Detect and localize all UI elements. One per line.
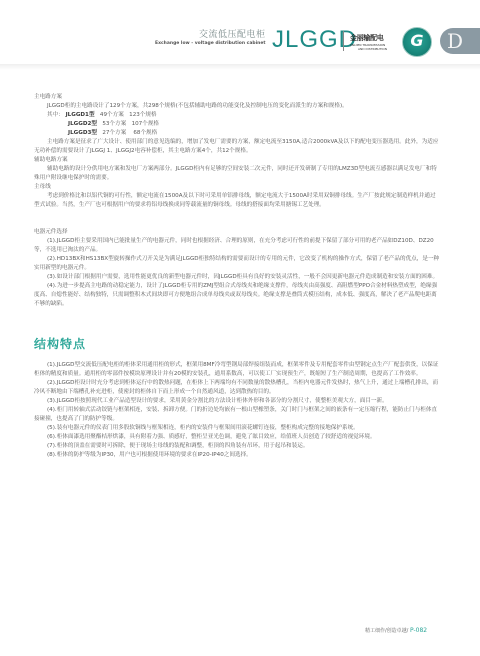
main-busbar-text: 考虑到价格比和以铝代铜的可行性，额定电流在1500A及以下时可采用单铝排母线，额… bbox=[34, 192, 440, 210]
page-content: 主电路方案 JLGGD柜的主电路设计了129个方案，共298个规格(不包括辅助电… bbox=[34, 93, 440, 460]
company-name-en: JINLIPIN TRANSMISSION AND DISTRIBUTION bbox=[350, 43, 387, 51]
header-divider bbox=[343, 31, 344, 51]
header-shadow bbox=[0, 64, 480, 70]
structure-heading: 结构特点 bbox=[34, 337, 440, 351]
footer-label: 精工细作/创造卓越/ bbox=[365, 628, 408, 634]
company-name-en-line2: AND DISTRIBUTION bbox=[350, 47, 387, 51]
structure-item-4: (4).柜门用转轴式活动铰链与框架相连，安装、拆卸方便。门的折边处均嵌有一根山型… bbox=[34, 406, 440, 424]
aux-circuit-title: 辅助电路方案 bbox=[34, 156, 440, 165]
components-item-1: (1).JLGGD柜主要采用国内已能批量生产的电器元件，同时也根据经济、合理的原… bbox=[34, 237, 440, 255]
type-specs: 107个规格 bbox=[132, 121, 159, 127]
type-model: JLGGD2型 bbox=[68, 121, 97, 127]
page-footer: 精工细作/创造卓越/ P-082 bbox=[365, 627, 427, 634]
type-row-3: JLGGD3型 27个方案 68个规格 bbox=[34, 129, 440, 138]
components-item-4: (4).为进一步提高主电路的动稳定能力，设计了JLGGD柜专用的ZMJ型组合式母… bbox=[34, 282, 440, 309]
type-model: JLGGD1型 bbox=[66, 112, 95, 118]
brand-name: JLGGD bbox=[272, 28, 357, 52]
logo-glyph: G bbox=[408, 32, 426, 50]
components-item-2: (2).HD13BX和HS13BX型旋转操作式刀开关是为满足JLGGD柜独特结构… bbox=[34, 255, 440, 273]
type-model: JLGGD3型 bbox=[68, 130, 97, 136]
type-specs: 123个规格 bbox=[129, 112, 156, 118]
components-title: 电器元件选择 bbox=[34, 228, 440, 237]
type-row-2: JLGGD2型 53个方案 107个规格 bbox=[34, 120, 440, 129]
structure-item-6: (6).柜体面漆选用聚酯桔形烘漆，具有附着力强、质感好，整柜呈亚光色调，避免了眩… bbox=[34, 433, 440, 442]
main-circuit-title: 主电路方案 bbox=[34, 93, 440, 102]
section-tab-letter: D bbox=[447, 29, 463, 53]
main-circuit-intro: JLGGD柜的主电路设计了129个方案，共298个规格(不包括辅助电路的功能变化… bbox=[34, 102, 440, 111]
structure-item-5: (5).装有电器元件的仪表门用多股软铜线与框架相连，柜内的安装件与框架间用滚花螺… bbox=[34, 424, 440, 433]
aux-circuit-text: 辅助电路的设计分供用电方案和发电厂方案两部分。JLGGD柜内有足够的空间安装二次… bbox=[34, 165, 440, 183]
main-circuit-text: 主电路方案是征求了广大设计、使用部门的意见选编的，增加了发电厂需要的方案，额定电… bbox=[34, 138, 440, 156]
spacer bbox=[34, 210, 440, 228]
spacer bbox=[34, 309, 440, 337]
type-row-1: 其中： JLGGD1型 49个方案 123个规格 bbox=[34, 111, 440, 120]
types-label: 其中： bbox=[47, 112, 64, 118]
main-busbar-title: 主母线 bbox=[34, 183, 440, 192]
structure-item-2: (2).JLGGD柜设计时充分考虑到柜体运行中的散热问题，在柜体上下两端均有不同… bbox=[34, 379, 440, 397]
structure-item-7: (7).柜体的顶盖在需要时可拆除，便于现场主母线的装配和调整，柜顶的四角装有吊环… bbox=[34, 442, 440, 451]
company-name-cn: 金丽输配电 bbox=[350, 33, 384, 43]
structure-item-1: (1).JLGGD型交流低压配电柜的柜体采用通用柜的形式，框架用8MF冷弯型钢局… bbox=[34, 361, 440, 379]
type-schemes: 53个方案 bbox=[102, 121, 126, 127]
header-title-en: Exchange low - voltage distribution cabi… bbox=[155, 41, 266, 46]
type-schemes: 49个方案 bbox=[100, 112, 124, 118]
type-schemes: 27个方案 bbox=[102, 130, 126, 136]
header-title-cn: 交流低压配电柜 bbox=[199, 27, 266, 40]
page-number: P-082 bbox=[410, 627, 427, 634]
structure-item-3: (3).JLGGD柜按照现代工业产品造型设计的要求，采用黄金分割比的方法设计柜体… bbox=[34, 397, 440, 406]
page-header: 交流低压配电柜 Exchange low - voltage distribut… bbox=[0, 0, 480, 66]
components-item-3: (3).如设计部门根据用户需要，选用性能更优良的新型电器元件时，因JLGGD柜具… bbox=[34, 273, 440, 282]
structure-item-8: (8).柜体的防护等级为IP30，用户也可根据使用环境的要求在IP20-IP40… bbox=[34, 451, 440, 460]
type-specs: 68个规格 bbox=[133, 130, 157, 136]
company-logo-icon: G bbox=[402, 27, 432, 57]
